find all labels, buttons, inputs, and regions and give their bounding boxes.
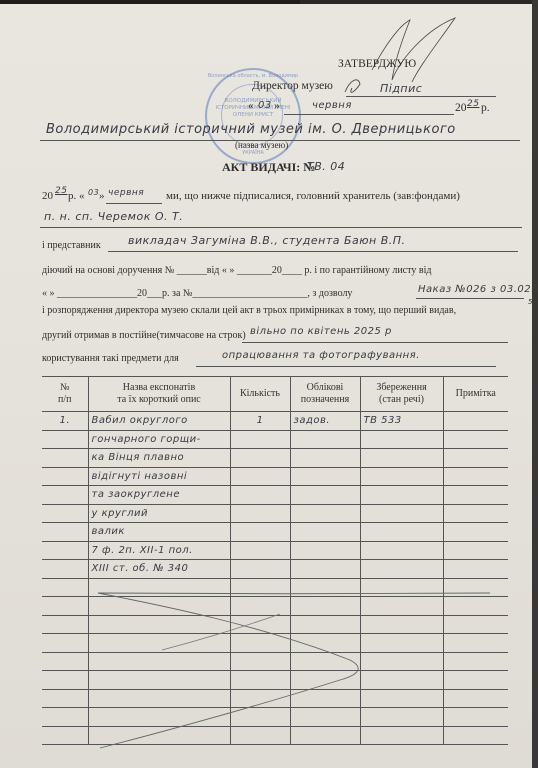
cell-condition — [360, 652, 443, 671]
cell-condition — [360, 523, 443, 542]
representative-value: викладач Загуміна В.В., студента Баюн В.… — [128, 234, 406, 247]
approval-year-label: р. — [481, 102, 490, 114]
cell-note — [443, 541, 508, 560]
table-row — [42, 578, 508, 597]
approval-day-close: » — [274, 100, 280, 112]
cell-note — [443, 726, 508, 745]
table-row: гончарного горщи- — [42, 430, 508, 449]
cell-quantity — [230, 560, 290, 579]
table-row — [42, 671, 508, 690]
permission-value: Наказ №026 з 03.02.2 — [418, 284, 538, 295]
cell-condition — [360, 430, 443, 449]
cell-note — [443, 560, 508, 579]
approval-month: червня — [312, 100, 352, 111]
cell-number — [42, 634, 88, 653]
cell-designation — [290, 486, 360, 505]
cell-quantity — [230, 430, 290, 449]
items-table: № п/п Назва експонатів та їх короткий оп… — [42, 376, 508, 745]
stamp-bottom-text: УКРАЇНА — [207, 150, 299, 156]
header-number: № п/п — [42, 377, 88, 412]
second-received-label: другий отримав в постійне(тимчасове на с… — [42, 330, 246, 341]
cell-number — [42, 652, 88, 671]
director-signature-line — [346, 96, 496, 97]
cell-note — [443, 578, 508, 597]
mandate-line: діючий на основі доручення № ______від «… — [42, 265, 431, 276]
museum-name-caption: (назва музею) — [235, 140, 288, 150]
cell-note — [443, 449, 508, 468]
cell-designation — [290, 671, 360, 690]
term-line — [242, 342, 508, 343]
body-day-close: » — [99, 190, 105, 202]
cell-condition — [360, 689, 443, 708]
cell-designation — [290, 467, 360, 486]
cell-number — [42, 671, 88, 690]
cell-quantity — [230, 671, 290, 690]
cell-name: Вабил округлого — [88, 412, 230, 431]
act-title: АКТ ВИДАЧІ: № — [222, 160, 315, 175]
cell-number — [42, 560, 88, 579]
body-day: 03 — [88, 188, 99, 197]
cell-designation: задов. — [290, 412, 360, 431]
cell-condition — [360, 597, 443, 616]
body-month-line — [106, 203, 162, 204]
cell-quantity — [230, 652, 290, 671]
cell-number — [42, 486, 88, 505]
cell-number — [42, 541, 88, 560]
table-row: та заокруглене — [42, 486, 508, 505]
cell-designation — [290, 597, 360, 616]
table-row: ка Вінця плавно — [42, 449, 508, 468]
cell-note — [443, 708, 508, 727]
cell-number — [42, 523, 88, 542]
cell-condition — [360, 578, 443, 597]
table-row — [42, 597, 508, 616]
body-month: червня — [108, 188, 144, 198]
body-year-suffix: 25 — [55, 186, 67, 196]
cell-designation — [290, 652, 360, 671]
purpose-label: користування такі предмети для — [42, 353, 179, 364]
cell-note — [443, 671, 508, 690]
cell-condition — [360, 708, 443, 727]
approval-day-open: « — [248, 100, 254, 112]
body-intro: ми, що нижче підписалися, головний храни… — [166, 190, 460, 202]
cell-condition — [360, 726, 443, 745]
margin-mark: 5 — [528, 298, 533, 306]
cell-name: валик — [88, 523, 230, 542]
cell-condition — [360, 671, 443, 690]
cell-name — [88, 652, 230, 671]
permission-line — [416, 298, 524, 299]
director-label: Директор музею — [252, 80, 333, 92]
cell-condition — [360, 486, 443, 505]
background-edge-right — [532, 0, 538, 768]
cell-name — [88, 726, 230, 745]
cell-designation — [290, 504, 360, 523]
cell-name: 7 ф. 2п. XII-1 пол. — [88, 541, 230, 560]
header-name: Назва експонатів та їх короткий опис — [88, 377, 230, 412]
header-quantity: Кількість — [230, 377, 290, 412]
cell-quantity — [230, 467, 290, 486]
header-note: Примітка — [443, 377, 508, 412]
table-row — [42, 726, 508, 745]
cell-name: гончарного горщи- — [88, 430, 230, 449]
cell-quantity — [230, 523, 290, 542]
cell-name: та заокруглене — [88, 486, 230, 505]
cell-condition — [360, 541, 443, 560]
table-row: відігнуті назовні — [42, 467, 508, 486]
cell-condition — [360, 634, 443, 653]
cell-number — [42, 615, 88, 634]
cell-note — [443, 634, 508, 653]
approval-month-line — [284, 114, 454, 115]
cell-designation — [290, 449, 360, 468]
cell-name — [88, 689, 230, 708]
cell-quantity — [230, 449, 290, 468]
cell-name: ка Вінця плавно — [88, 449, 230, 468]
cell-designation — [290, 523, 360, 542]
table-row: XIII ст. об. № 340 — [42, 560, 508, 579]
cell-number — [42, 504, 88, 523]
cell-number — [42, 597, 88, 616]
cell-name — [88, 597, 230, 616]
cell-name — [88, 578, 230, 597]
header-condition: Збереження (стан речі) — [360, 377, 443, 412]
table-row: у круглий — [42, 504, 508, 523]
cell-designation — [290, 615, 360, 634]
cell-name — [88, 615, 230, 634]
table-row — [42, 652, 508, 671]
letter-line: « » ________________20___р. за №________… — [42, 288, 352, 299]
cell-note — [443, 615, 508, 634]
approval-day: 03 — [258, 100, 272, 111]
cell-name: відігнуті назовні — [88, 467, 230, 486]
cell-quantity: 1 — [230, 412, 290, 431]
cell-number: 1. — [42, 412, 88, 431]
table-row: валик — [42, 523, 508, 542]
representative-line — [108, 251, 518, 252]
director-signature: Підпис — [380, 82, 422, 95]
cell-quantity — [230, 541, 290, 560]
cell-note — [443, 412, 508, 431]
cell-condition — [360, 560, 443, 579]
approval-label: ЗАТВЕРДЖУЮ — [338, 58, 416, 70]
cell-number — [42, 689, 88, 708]
cell-designation — [290, 708, 360, 727]
cell-note — [443, 430, 508, 449]
cell-name — [88, 708, 230, 727]
body-year-prefix: 20 — [42, 190, 53, 202]
act-number: ТВ. 04 — [307, 160, 345, 173]
cell-condition — [360, 615, 443, 634]
cell-note — [443, 652, 508, 671]
cell-number — [42, 449, 88, 468]
cell-condition — [360, 467, 443, 486]
keeper-name-line — [40, 227, 522, 228]
cell-designation — [290, 634, 360, 653]
table-header-row: № п/п Назва експонатів та їх короткий оп… — [42, 377, 508, 412]
cell-note — [443, 689, 508, 708]
cell-quantity — [230, 708, 290, 727]
purpose-line — [196, 366, 496, 367]
cell-designation — [290, 726, 360, 745]
table-row: 7 ф. 2п. XII-1 пол. — [42, 541, 508, 560]
cell-condition — [360, 449, 443, 468]
cell-number — [42, 467, 88, 486]
museum-name: Володимирський історичний музей ім. О. Д… — [46, 122, 456, 137]
cell-quantity — [230, 578, 290, 597]
cell-quantity — [230, 689, 290, 708]
cell-note — [443, 486, 508, 505]
cell-designation — [290, 430, 360, 449]
cell-note — [443, 597, 508, 616]
cell-name: у круглий — [88, 504, 230, 523]
cell-note — [443, 467, 508, 486]
cell-number — [42, 578, 88, 597]
cell-name — [88, 671, 230, 690]
cell-number — [42, 708, 88, 727]
cell-designation — [290, 578, 360, 597]
table-row — [42, 689, 508, 708]
body-r-label: р. « — [68, 190, 85, 202]
cell-quantity — [230, 634, 290, 653]
order-text: і розпорядження директора музею склали ц… — [42, 305, 456, 316]
cell-designation — [290, 560, 360, 579]
term-value: вільно по квітень 2025 р — [250, 326, 392, 337]
cell-quantity — [230, 615, 290, 634]
approval-year-prefix: 20 — [455, 102, 467, 114]
representative-label: і представник — [42, 240, 101, 251]
approval-year-suffix: 25 — [467, 99, 479, 109]
cell-designation — [290, 541, 360, 560]
cell-quantity — [230, 486, 290, 505]
stamp-ring-text: Волинська область, м. Володимир — [207, 73, 299, 79]
table-row — [42, 708, 508, 727]
cell-quantity — [230, 597, 290, 616]
cell-designation — [290, 689, 360, 708]
cell-name: XIII ст. об. № 340 — [88, 560, 230, 579]
cell-note — [443, 523, 508, 542]
cell-condition — [360, 504, 443, 523]
table-row: 1.Вабил округлого1задов.ТВ 533 — [42, 412, 508, 431]
cell-name — [88, 634, 230, 653]
cell-quantity — [230, 726, 290, 745]
cell-number — [42, 430, 88, 449]
purpose-value: опрацювання та фотографування. — [222, 350, 420, 361]
cell-note — [443, 504, 508, 523]
header-designation: Облікові позначення — [290, 377, 360, 412]
table-row — [42, 615, 508, 634]
cell-condition: ТВ 533 — [360, 412, 443, 431]
cell-quantity — [230, 504, 290, 523]
keeper-name: п. н. сп. Черемок О. Т. — [44, 210, 183, 223]
cell-number — [42, 726, 88, 745]
table-row — [42, 634, 508, 653]
